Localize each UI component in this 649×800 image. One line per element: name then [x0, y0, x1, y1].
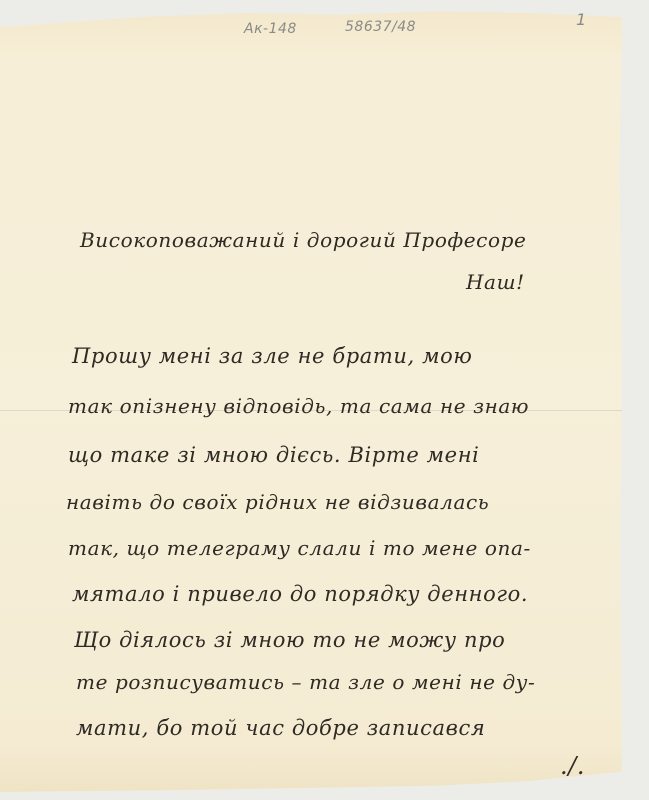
- page-number: 1: [576, 10, 587, 29]
- body-line: Прошу мені за зле не брати, мою: [72, 344, 472, 368]
- body-line: Що діялось зі мною то не можу про: [74, 628, 505, 652]
- archival-shelf-mark: Ак-148: [244, 21, 297, 37]
- body-line: мятало і привело до порядку денного.: [72, 582, 528, 606]
- continuation-mark: ./.: [560, 752, 585, 780]
- archival-inventory-number: 58637/48: [345, 19, 416, 35]
- salutation-line-1: Високоповажаний і дорогий Професоре: [80, 228, 526, 252]
- body-line: так опізнену відповідь, та сама не знаю: [68, 394, 529, 418]
- body-line: навіть до своїх рідних не відзивалась: [66, 490, 489, 514]
- body-line: те розписуватись – та зле о мені не ду-: [76, 670, 535, 694]
- body-line: мати, бо той час добре записався: [76, 716, 485, 740]
- salutation-line-2: Наш!: [466, 270, 525, 294]
- body-line: що таке зі мною дієсь. Вірте мені: [68, 443, 479, 467]
- body-line: так, що телеграму слали і то мене опа-: [68, 536, 531, 560]
